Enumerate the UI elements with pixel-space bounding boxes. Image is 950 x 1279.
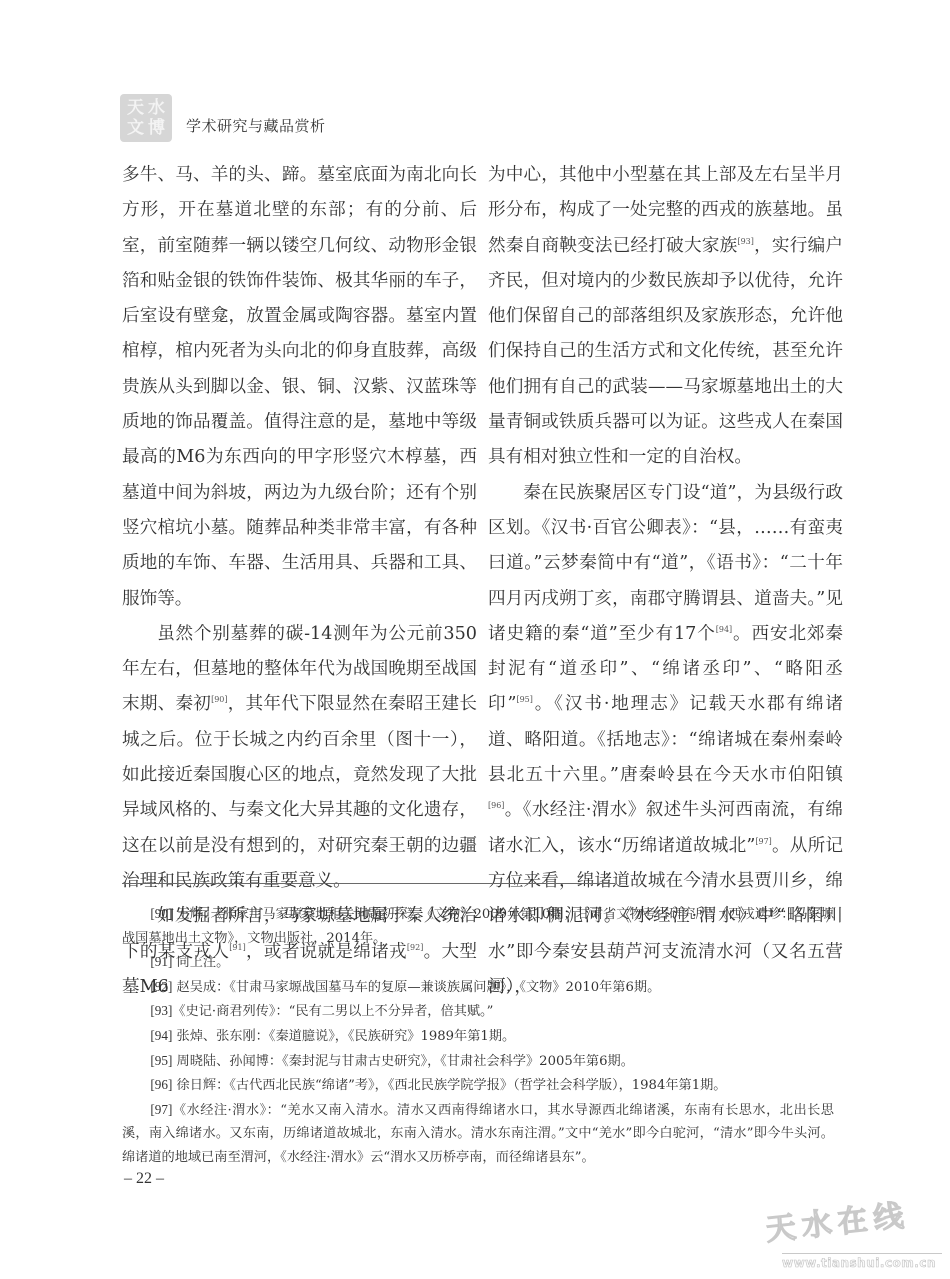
right-column: 为中心，其他中小型墓在其上部及左右呈半月形分布，构成了一处完整的西戎的族墓地。虽… (488, 158, 843, 1005)
footnote-id: [95] (150, 1053, 172, 1068)
footnote-item: [96] 徐日辉：《古代西北民族“绵诸”考》，《西北民族学院学报》（哲学社会科学… (122, 1073, 834, 1098)
footnote-item: [95] 周晓陆、孙闻博：《秦封泥与甘肃古史研究》，《甘肃社会科学》2005年第… (122, 1049, 834, 1074)
section-title: 学术研究与藏品赏析 (186, 115, 326, 136)
footnote-id: [96] (150, 1077, 172, 1092)
footnote-item: [94] 张焯、张东刚：《秦道臆说》，《民族研究》1989年第1期。 (122, 1024, 834, 1049)
footnote-item: [90] 王辉：《张家川马家塬墓地相关问题初探》，《文物》2009年第10期；甘… (122, 902, 834, 950)
footnote-divider (122, 883, 615, 884)
logo-char: 水 (146, 98, 167, 118)
footnote-id: [93] (150, 1003, 172, 1018)
page-number: – 22 – (124, 1170, 164, 1188)
watermark-url: www.tianshui.com.cn (782, 1256, 950, 1270)
footnote-id: [91] (150, 954, 172, 969)
running-header: 天 水 文 博 学术研究与藏品赏析 (120, 90, 326, 142)
footnote-ref[interactable]: [93] (737, 237, 753, 246)
footnote-ref[interactable]: [96] (488, 801, 504, 810)
footnote-ref[interactable]: [90] (211, 696, 227, 705)
footnote-text: 赵吴成：《甘肃马家塬战国墓马车的复原—兼谈族属问题》，《文物》2010年第6期。 (172, 980, 660, 995)
footnote-item: [97]《水经注·渭水》：“羌水又南入清水。清水又西南得绵诸水口，其水导源西北绵… (122, 1098, 834, 1170)
body-text: ，实行编户齐民，但对境内的少数民族却予以优待，允许他们保留自己的部落组织及家族形… (488, 236, 843, 468)
logo-char: 天 (125, 98, 146, 118)
footnote-text: 张焯、张东刚：《秦道臆说》，《民族研究》1989年第1期。 (172, 1029, 515, 1044)
body-text: 多牛、马、羊的头、蹄。墓室底面为南北向长方形，开在墓道北壁的东部；有的分前、后室… (122, 165, 477, 609)
footnote-text: 王辉：《张家川马家塬墓地相关问题初探》，《文物》2009年第10期；甘肃省文物考… (122, 907, 834, 946)
footnote-id: [92] (150, 979, 172, 994)
logo-char: 博 (146, 118, 167, 138)
body-paragraph: 为中心，其他中小型墓在其上部及左右呈半月形分布，构成了一处完整的西戎的族墓地。虽… (488, 158, 843, 476)
footnote-id: [97] (150, 1102, 172, 1117)
footnote-text: 徐日辉：《古代西北民族“绵诸”考》，《西北民族学院学报》（哲学社会科学版），19… (172, 1078, 726, 1093)
footnotes: [90] 王辉：《张家川马家塬墓地相关问题初探》，《文物》2009年第10期；甘… (122, 902, 834, 1170)
watermark-text: 天水在线 (763, 1186, 949, 1249)
body-paragraph: 虽然个别墓葬的碳-14测年为公元前350年左右，但墓地的整体年代为战国晚期至战国… (122, 617, 477, 899)
footnote-item: [92] 赵吴成：《甘肃马家塬战国墓马车的复原—兼谈族属问题》，《文物》2010… (122, 975, 834, 1000)
footnote-text: 《水经注·渭水》：“羌水又南入清水。清水又西南得绵诸水口，其水导源西北绵诸溪，东… (122, 1103, 834, 1165)
logo-char: 文 (125, 118, 146, 138)
footnote-item: [91] 同上注。 (122, 950, 834, 975)
footnote-item: [93]《史记·商君列传》：“民有二男以上不分异者，倍其赋。” (122, 999, 834, 1024)
footnote-ref[interactable]: [97] (755, 837, 771, 846)
footnote-id: [90] (150, 906, 172, 921)
body-text: ，其年代下限显然在秦昭王建长城之后。位于长城之内约百余里（图十一），如此接近秦国… (122, 694, 477, 890)
watermark: 天水在线 www.tianshui.com.cn (760, 1205, 950, 1279)
body-text: 。《汉书·地理志》记载天水郡有绵诸道、略阳道。《括地志》：“绵诸城在秦州秦岭县北… (488, 694, 843, 785)
footnote-text: 《史记·商君列传》：“民有二男以上不分异者，倍其赋。” (172, 1004, 493, 1019)
body-text: 秦在民族聚居区专门设“道”，为县级行政区划。《汉书·百官公卿表》：“县，……有蛮… (488, 483, 843, 644)
footnote-text: 同上注。 (172, 955, 229, 970)
journal-logo: 天 水 文 博 (120, 94, 172, 142)
footnote-id: [94] (150, 1028, 172, 1043)
footnote-ref[interactable]: [95] (516, 696, 532, 705)
footnote-ref[interactable]: [94] (716, 625, 732, 634)
left-column: 多牛、马、羊的头、蹄。墓室底面为南北向长方形，开在墓道北壁的东部；有的分前、后室… (122, 158, 477, 1005)
footnote-text: 周晓陆、孙闻博：《秦封泥与甘肃古史研究》，《甘肃社会科学》2005年第6期。 (172, 1054, 634, 1069)
watermark-rule (782, 1253, 942, 1254)
body-paragraph: 多牛、马、羊的头、蹄。墓室底面为南北向长方形，开在墓道北壁的东部；有的分前、后室… (122, 158, 477, 617)
